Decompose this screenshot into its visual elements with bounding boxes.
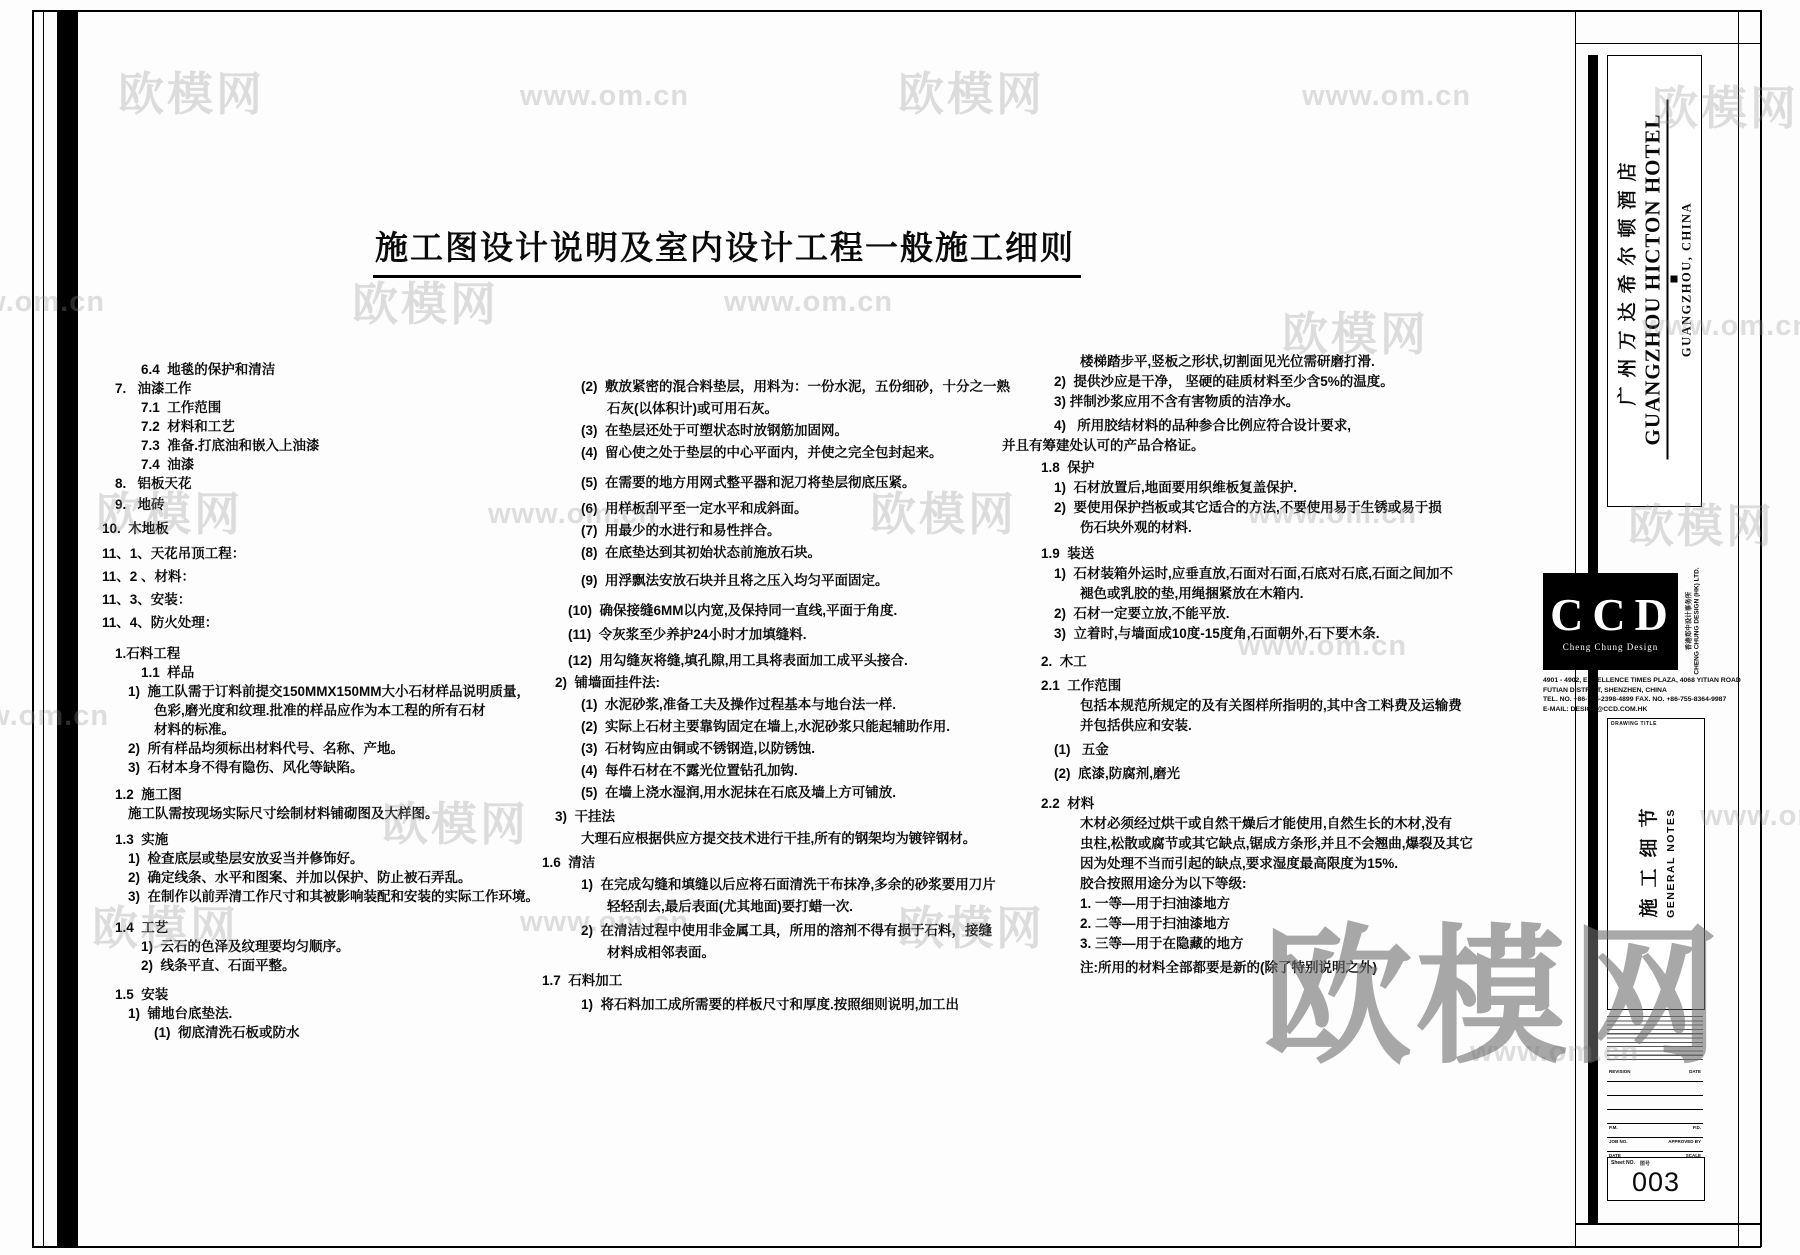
note-line: 2) 确定线条、水平和图案、并加以保护、防止被石弄乱。 (102, 868, 539, 887)
note-line: 因为处理不当而引起的缺点,要求湿度最高限度为15%. (1002, 854, 1473, 874)
note-line: 7.3 准备.打底油和嵌入上油漆 (102, 436, 539, 455)
note-line: 1.7 石料加工 (542, 970, 1010, 992)
note-line: (10) 确保接缝6MM以内宽,及保持同一直线,平面于角度. (542, 600, 1010, 622)
note-line: 1.6 清洁 (542, 852, 1010, 874)
note-line: (6) 用样板刮平至一定水平和成斜面。 (542, 498, 1010, 520)
note-line: 1) 施工队需于订料前提交150MMX150MM大小石材样品说明质量， (102, 682, 539, 701)
note-line: 并且有筹建处认可的产品合格证。 (1002, 436, 1473, 456)
note-line: (7) 用最少的水进行和易性拌合。 (542, 520, 1010, 542)
project-name-cn: 广州万达希尔顿酒店 (1612, 154, 1639, 406)
note-line: 11、4、防火处理： (102, 613, 539, 632)
frame-bottom-line (32, 1246, 1761, 1248)
revision-row (1607, 1082, 1703, 1096)
disclaimer-micro-text (1607, 1016, 1703, 1062)
frame-left-thick-bar (57, 10, 78, 1247)
square-marker (1670, 276, 1677, 283)
watermark: 欧模网 (118, 58, 265, 124)
watermark: www.om.cn (1700, 800, 1800, 833)
project-name-en: GUANGZHOU HICTON HOTEL (1640, 100, 1668, 460)
note-line: 3) 石材本身不得有隐伤、风化等缺陷。 (102, 758, 539, 777)
note-line: 胶合按照用途分为以下等级: (1002, 874, 1473, 894)
note-line: 8. 铝板天花 (102, 474, 539, 493)
note-line: 6.4 地毯的保护和清洁 (102, 360, 539, 379)
note-line: 1.3 实施 (102, 830, 539, 849)
note-line: 11、2 、材料： (102, 567, 539, 586)
note-line: 注:所用的材料全部都要是新的(除了特别说明之外) (1002, 958, 1473, 978)
note-line: (3) 在垫层还处于可塑状态时放钢筋加固网。 (542, 420, 1010, 442)
note-line: (3) 石材钩应由铜或不锈钢造,以防锈蚀. (542, 738, 1010, 760)
watermark: 欧模网 (898, 58, 1045, 124)
note-line: 1.8 保护 (1002, 458, 1473, 478)
note-line: 轻轻刮去,最后表面(尤其地面)要打蜡一次. (542, 896, 1010, 918)
note-line: 1.4 工艺 (102, 918, 539, 937)
note-line: 10. 木地板 (102, 519, 539, 538)
note-line: 1.5 安装 (102, 985, 539, 1004)
note-line: (12) 用勾缝灰将缝,填孔隙,用工具将表面加工成平头接合. (542, 650, 1010, 672)
note-line: 2) 要使用保护挡板或其它适合的方法,不要使用易于生锈或易于损 (1002, 498, 1473, 518)
note-line: 9. 地砖 (102, 495, 539, 514)
watermark: www.om.cn (0, 700, 109, 733)
sheet-title: 施工图设计说明及室内设计工程一般施工细则 (373, 222, 1081, 278)
frame-left-line-2 (43, 10, 44, 1247)
note-line: 并包括供应和安装. (1002, 716, 1473, 736)
note-line: 虫柱,松散或腐节或其它缺点,锯成方条形,并且不会翘曲,爆裂及其它 (1002, 834, 1473, 854)
note-line: (9) 用浮飘法安放石块并且将之压入均匀平面固定。 (542, 570, 1010, 592)
note-line: 2) 石材一定要立放,不能平放. (1002, 604, 1473, 624)
note-line: 3) 在制作以前弄清工作尺寸和其被影响装配和安装的实际工作环境。 (102, 887, 539, 906)
note-line: 1) 石材装箱外运时,应垂直放,石面对石面,石底对石底,石面之间加不 (1002, 564, 1473, 584)
watermark: www.om.cn (520, 80, 689, 113)
note-line: 2.2 材料 (1002, 794, 1473, 814)
note-line: 3) 干挂法 (542, 806, 1010, 828)
sheet-number: 003 (1608, 1167, 1704, 1197)
note-line: 伤石块外观的材料. (1002, 518, 1473, 538)
notes-column-left: 6.4 地毯的保护和清洁7. 油漆工作7.1 工作范围7.2 材料和工艺7.3 … (102, 360, 539, 1042)
note-line: 包括本规范所规定的及有关图样所指明的,其中含工料费及运输费 (1002, 696, 1473, 716)
note-line: (2) 敷放紧密的混合料垫层，用料为：一份水泥，五份细砂，十分之一熟 (542, 376, 1010, 398)
note-line: 1.2 施工图 (102, 785, 539, 804)
address-line: FUTIAN DISTRICT, SHENZHEN, CHINA (1543, 686, 1751, 696)
drawing-title-rotated: 施工细节 GENERAL NOTES (1607, 718, 1703, 1008)
ccd-side-cn: 香港郑中设计事务所 (1685, 592, 1694, 651)
note-line: 1) 在完成勾缝和填缝以后应将石面清洗干布抹净,多余的砂浆要用刀片 (542, 874, 1010, 896)
sheet-number-label-en: Sheet NO. (1611, 1160, 1635, 1167)
note-line: 2) 所有样品均须标出材料代号、名称、产地。 (102, 739, 539, 758)
project-name-rotated: 广州万达希尔顿酒店 GUANGZHOU HICTON HOTEL GUANGZH… (1607, 55, 1700, 505)
note-line: 11、3、安装： (102, 590, 539, 609)
note-line: 色彩,磨光度和纹理.批准的样品应作为本工程的所有石材 (102, 701, 539, 720)
watermark: www.om.cn (1302, 80, 1471, 113)
address-line: E-MAIL: DESIGN@CCD.COM.HK (1543, 705, 1751, 715)
ccd-side-en: CHENG CHUNG DESIGN (HK) LTD. (1694, 567, 1703, 674)
frame-top-line (32, 10, 1761, 12)
drawing-title-cn: 施工细节 (1634, 798, 1661, 929)
note-line: 褪色或乳胶的垫,用绳捆紧放在木箱内. (1002, 584, 1473, 604)
titleblock-inner-right-line (1738, 10, 1739, 1247)
note-line: (1) 彻底清洗石板或防水 (102, 1023, 539, 1042)
note-line: 1) 检查底层或垫层安放妥当并修饰好。 (102, 849, 539, 868)
note-line: 1) 将石料加工成所需要的样板尺寸和厚度.按照细则说明,加工出 (542, 994, 1010, 1016)
note-line: 2. 木工 (1002, 652, 1473, 672)
note-line: 2) 提供沙应是干净， 坚硬的硅质材料至少含5%的温度。 (1002, 372, 1473, 392)
revision-row: REVISIONDATE (1607, 1068, 1703, 1082)
note-line: 1) 石材放置后,地面要用织维板复盖保护. (1002, 478, 1473, 498)
ccd-address-block: 4901 - 4902, EXCELLENCE TIMES PLAZA, 406… (1543, 676, 1751, 714)
titleblock-bottom-line (1575, 1223, 1761, 1225)
note-line: 11、1、天花吊顶工程： (102, 544, 539, 563)
note-line: (2) 底漆,防腐剂,磨光 (1002, 764, 1473, 784)
revision-row (1607, 1110, 1703, 1124)
ccd-logo: CCD Cheng Chung Design (1543, 573, 1678, 670)
note-line: 7.4 油漆 (102, 455, 539, 474)
project-location: GUANGZHOU, CHINA (1679, 202, 1694, 357)
address-line: 4901 - 4902, EXCELLENCE TIMES PLAZA, 406… (1543, 676, 1751, 686)
note-line: 木材必须经过烘干或自然干燥后才能使用,自然生长的木材,没有 (1002, 814, 1473, 834)
note-line: (2) 实际上石材主要靠钩固定在墙上,水泥砂浆只能起辅助作用. (542, 716, 1010, 738)
revision-table: REVISIONDATEP.M.P.D.JOB NO.APPROVED BYDA… (1607, 1068, 1703, 1166)
revision-row: JOB NO.APPROVED BY (1607, 1138, 1703, 1152)
frame-right-line (1760, 10, 1762, 1247)
note-line: (4) 每件石材在不露光位置钻孔加钩. (542, 760, 1010, 782)
note-line: 施工队需按现场实际尺寸绘制材料铺砌图及大样图。 (102, 804, 539, 823)
drawing-title-en: GENERAL NOTES (1665, 808, 1677, 918)
note-line: 1. 一等—用于扫油漆地方 (1002, 894, 1473, 914)
note-line: 1) 铺地台底垫法. (102, 1004, 539, 1023)
sheet-number-box: Sheet NO. 图号 003 (1607, 1157, 1705, 1201)
titleblock-top-line (1575, 43, 1761, 44)
note-line: 1.9 装送 (1002, 544, 1473, 564)
address-line: TEL. NO. +86-755-2398-4899 FAX. NO. +86-… (1543, 695, 1751, 705)
note-line: 3) 立着时,与墙面成10度-15度角,石面朝外,石下要木条. (1002, 624, 1473, 644)
frame-left-line (32, 10, 34, 1247)
note-line: 1.石料工程 (102, 644, 539, 663)
note-line: 石灰(以体积计)或可用石灰。 (542, 398, 1010, 420)
note-line: 3. 三等—用于在隐藏的地方 (1002, 934, 1473, 954)
note-line: 3) 拌制沙浆应用不含有害物质的洁净水。 (1002, 392, 1473, 412)
note-line: 材料的标准。 (102, 720, 539, 739)
notes-column-middle: (2) 敷放紧密的混合料垫层，用料为：一份水泥，五份细砂，十分之一熟石灰(以体积… (542, 376, 1010, 1016)
note-line: 2.1 工作范围 (1002, 676, 1473, 696)
note-line: (11) 令灰浆至少养护24小时才加填缝料. (542, 624, 1010, 646)
note-line: 1.1 样品 (102, 663, 539, 682)
note-line: (8) 在底垫达到其初始状态前施放石块。 (542, 542, 1010, 564)
watermark: www.om.cn (0, 286, 105, 319)
notes-column-right: 楼梯踏步平,竖板之形状,切割面见光位需研磨打滑.2) 提供沙应是干净， 坚硬的硅… (1002, 352, 1473, 978)
ccd-side-text: 香港郑中设计事务所 CHENG CHUNG DESIGN (HK) LTD. (1681, 573, 1707, 670)
note-line: (1) 五金 (1002, 740, 1473, 760)
note-line: (5) 在墙上浇水湿润,用水泥抹在石底及墙上方可铺放. (542, 782, 1010, 804)
note-line: 楼梯踏步平,竖板之形状,切割面见光位需研磨打滑. (1002, 352, 1473, 372)
note-line: 7.2 材料和工艺 (102, 417, 539, 436)
revision-row (1607, 1096, 1703, 1110)
ccd-logo-text: CCD (1544, 592, 1677, 638)
note-line: (5) 在需要的地方用网式整平器和泥刀将垫层彻底压紧。 (542, 472, 1010, 494)
watermark: www.om.cn (724, 286, 893, 319)
note-line: 2) 线条平直、石面平整。 (102, 956, 539, 975)
revision-row: P.M.P.D. (1607, 1124, 1703, 1138)
note-line: 4) 所用胶结材料的品种参合比例应符合设计要求, (1002, 416, 1473, 436)
note-line: 2. 二等—用于扫油漆地方 (1002, 914, 1473, 934)
note-line: 1) 云石的色泽及纹理要均匀顺序。 (102, 937, 539, 956)
note-line: 大理石应根据供应方提交技术进行干挂,所有的钢架均为镀锌钢材。 (542, 828, 1010, 850)
ccd-logo-subtext: Cheng Chung Design (1563, 642, 1659, 652)
note-line: 材料成相邻表面。 (542, 942, 1010, 964)
note-line: 7. 油漆工作 (102, 379, 539, 398)
sheet-number-label-cn: 图号 (1640, 1160, 1650, 1167)
note-line: (4) 留心使之处于垫层的中心平面内，并使之完全包封起来。 (542, 442, 1010, 464)
note-line: 2) 铺墙面挂件法: (542, 672, 1010, 694)
note-line: 2) 在清洁过程中使用非金属工具，所用的溶剂不得有损于石料，接缝 (542, 920, 1010, 942)
note-line: 7.1 工作范围 (102, 398, 539, 417)
note-line: (1) 水泥砂浆,准备工夫及操作过程基本与地台法一样. (542, 694, 1010, 716)
